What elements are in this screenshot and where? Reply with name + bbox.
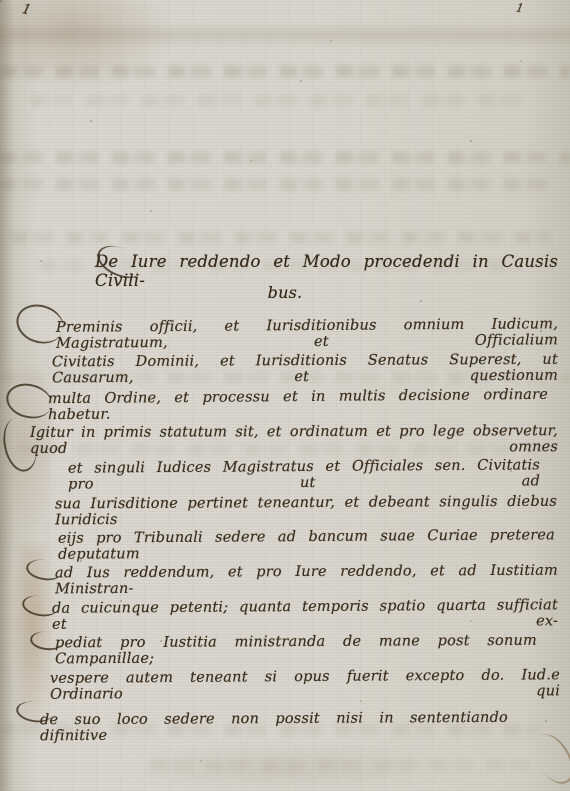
bleedthrough-band xyxy=(0,152,570,163)
bleedthrough-band xyxy=(0,179,560,190)
folio-number-right: 1 xyxy=(515,0,525,15)
bleedthrough-band xyxy=(10,232,550,243)
folio-number-left: 1 xyxy=(20,1,33,19)
document-title-line2: bus. xyxy=(225,283,345,302)
manuscript-line: Igitur in primis statutum sit, et ordina… xyxy=(30,423,558,447)
stain-top-left xyxy=(0,0,200,110)
bleedthrough-band xyxy=(30,95,530,106)
manuscript-line: ad Ius reddendum, et pro Iure reddendo, … xyxy=(55,563,558,588)
manuscript-line: Civitatis Dominii, et Iurisditionis Sena… xyxy=(52,352,558,377)
manuscript-line: multa Ordine, et processu et in multis d… xyxy=(48,387,548,413)
manuscript-line: vespere autem teneant si opus fuerit exc… xyxy=(50,667,560,693)
page-curl-flourish xyxy=(527,728,570,791)
manuscript-line: de suo loco sedere non possit nisi in se… xyxy=(40,710,508,734)
stain-left-edge xyxy=(0,0,14,791)
manuscript-line: eijs pro Tribunali sedere ad bancum suae… xyxy=(58,527,555,552)
stain-bottom xyxy=(120,745,450,791)
manuscript-line: da cuicunque petenti; quanta temporis sp… xyxy=(52,597,558,623)
bleedthrough-band xyxy=(0,66,570,77)
bleedthrough-band xyxy=(150,760,530,771)
manuscript-line: Preminis officii, et Iurisditionibus omn… xyxy=(56,316,558,342)
fox-spots xyxy=(0,0,2,2)
manuscript-line: et singuli Iudices Magistratus et Offici… xyxy=(68,457,540,482)
manuscript-line: sua Iurisditione pertinet teneantur, et … xyxy=(55,494,557,519)
stain-left-column xyxy=(14,545,52,791)
manuscript-scan: 1 1 De Iure reddendo et Modo procedendi … xyxy=(0,0,570,791)
manuscript-line: pediat pro Iustitia ministranda de mane … xyxy=(55,633,537,658)
stain-top-band xyxy=(0,22,570,48)
